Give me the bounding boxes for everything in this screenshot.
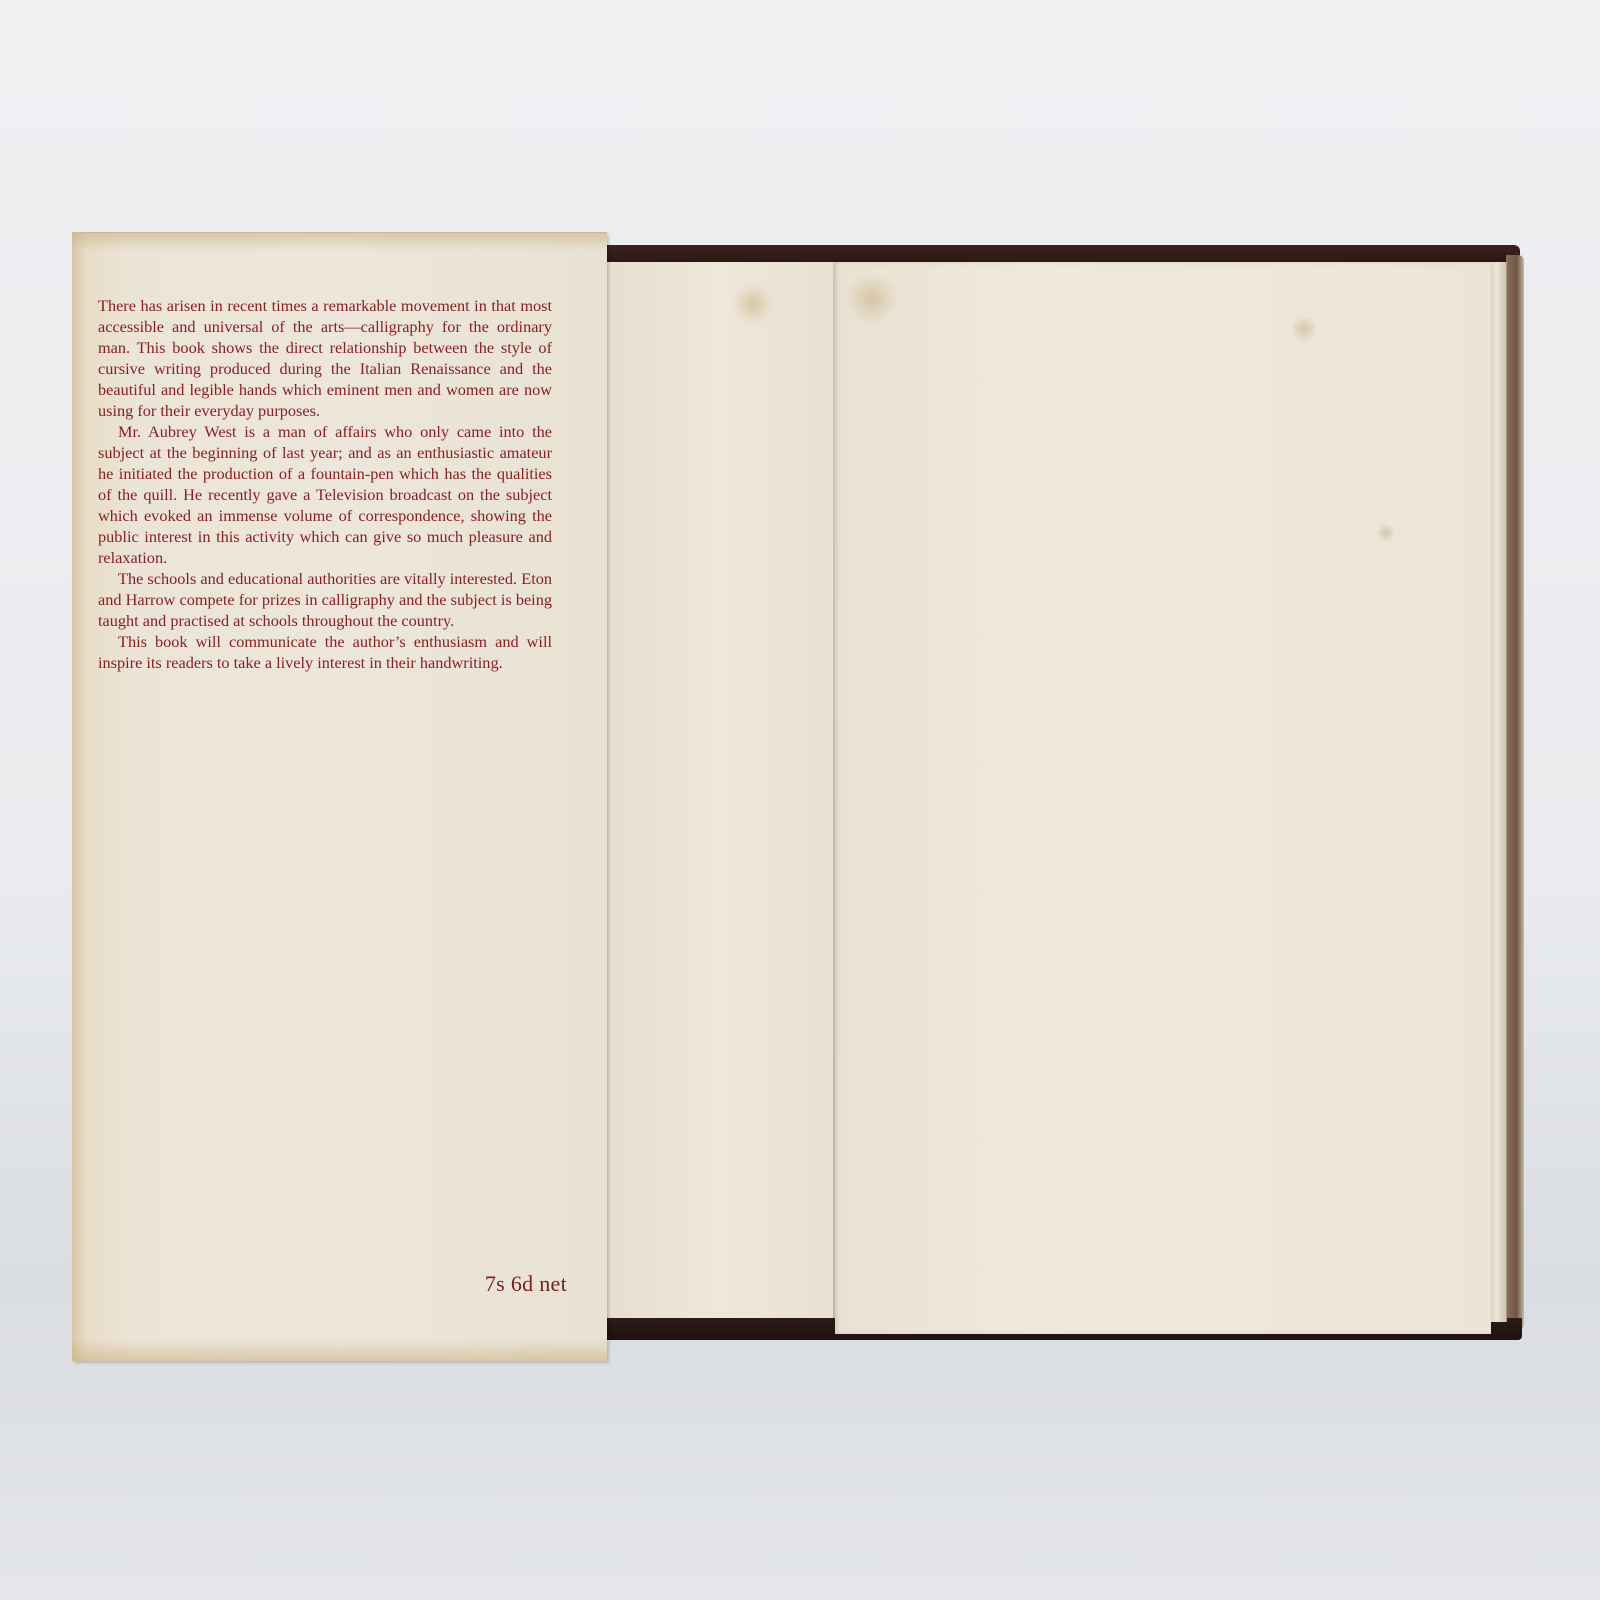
- cover-board-top-edge: [600, 245, 1520, 263]
- foxing-spot: [847, 274, 897, 324]
- blurb-paragraph: There has arisen in recent times a remar…: [98, 295, 552, 421]
- jacket-blurb: There has arisen in recent times a remar…: [98, 295, 552, 673]
- blurb-paragraph: This book will communicate the author’s …: [98, 631, 552, 673]
- front-endpaper-left: [605, 262, 835, 1318]
- price-label: 7s 6d net: [485, 1271, 567, 1297]
- blurb-paragraph: Mr. Aubrey West is a man of affairs who …: [98, 421, 552, 568]
- dust-jacket-flap: There has arisen in recent times a remar…: [72, 232, 607, 1361]
- free-endpaper-right: [835, 262, 1491, 1334]
- foxing-spot: [1291, 316, 1317, 342]
- blurb-paragraph: The schools and educational authorities …: [98, 568, 552, 631]
- cover-board-right-edge: [1506, 255, 1524, 1330]
- foxing-spot: [733, 284, 773, 324]
- page-block-edge: [1490, 262, 1507, 1322]
- book-photo: There has arisen in recent times a remar…: [0, 0, 1600, 1600]
- foxing-spot: [1377, 524, 1395, 542]
